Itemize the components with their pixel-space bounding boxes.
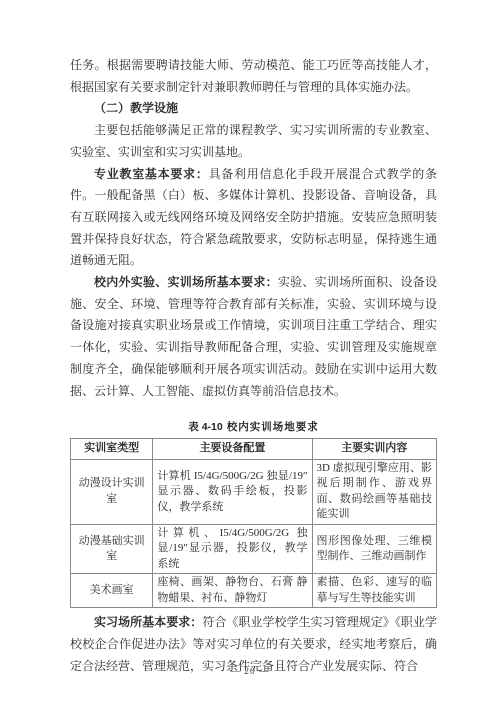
body-paragraph: 校内外实验、实训场所基本要求：实验、实训场所面积、设备设施、安全、环境、管理等符… bbox=[70, 272, 437, 402]
table-row: 动漫基础实训室 计算机、I5/4G/500G/2G 独显/19″显示器，投影仪，… bbox=[71, 524, 437, 574]
document-page: 任务。根据需要聘请技能大师、劳动模范、能工巧匠等高技能人才，根据国家有关要求制定… bbox=[0, 0, 500, 707]
table-header-equipment: 主要设备配置 bbox=[153, 439, 312, 460]
paragraph-text: 主要包括能够满足正常的课程教学、实习实训所需的专业教室、实验室、实训室和实习实训… bbox=[70, 123, 437, 159]
paragraph-lead: 实习场所基本要求： bbox=[94, 615, 202, 629]
room-type-cell: 美术画室 bbox=[71, 574, 153, 608]
table-header-row: 实训室类型 主要设备配置 主要实训内容 bbox=[71, 439, 437, 460]
body-paragraph: 任务。根据需要聘请技能大师、劳动模范、能工巧匠等高技能人才，根据国家有关要求制定… bbox=[70, 55, 437, 98]
body-paragraph: 主要包括能够满足正常的课程教学、实习实训所需的专业教室、实验室、实训室和实习实训… bbox=[70, 120, 437, 163]
equipment-cell: 计算机、I5/4G/500G/2G 独显/19″显示器，投影仪，教学系统 bbox=[153, 524, 312, 574]
training-content-cell: 图形图像处理、三维模型制作、三维动画制作 bbox=[312, 524, 436, 574]
heading-text: （二）教学设施 bbox=[94, 101, 178, 115]
room-type-cell: 动漫设计实训室 bbox=[71, 459, 153, 524]
table-row: 动漫设计实训室 计算机 I5/4G/500G/2G 独显/19″显示器、数码手绘… bbox=[71, 459, 437, 524]
page-content: 任务。根据需要聘请技能大师、劳动模范、能工巧匠等高技能人才，根据国家有关要求制定… bbox=[70, 55, 437, 677]
paragraph-lead: 校内外实验、实训场所基本要求： bbox=[94, 275, 278, 289]
table-header-content: 主要实训内容 bbox=[312, 439, 436, 460]
table-caption-title: 校内实训场地要求 bbox=[227, 422, 319, 433]
training-content-cell: 素描、色彩、速写的临摹与写生等技能实训 bbox=[312, 574, 436, 608]
room-type-cell: 动漫基础实训室 bbox=[71, 524, 153, 574]
page-number: — 20 — bbox=[0, 667, 500, 677]
paragraph-lead: 专业教室基本要求： bbox=[94, 167, 209, 181]
training-content-cell: 3D 虚拟现引擎应用、影视后期制作、游戏界面、数码绘画等基础技能实训 bbox=[312, 459, 436, 524]
paragraph-text: 实验、实训场所面积、设备设施、安全、环境、管理等符合教育部有关标准，实验、实训环… bbox=[70, 275, 437, 398]
paragraph-text: 具备利用信息化手段开展混合式教学的条件。一般配备黑（白）板、多媒体计算机、投影设… bbox=[70, 167, 437, 268]
table-header-room-type: 实训室类型 bbox=[71, 439, 153, 460]
equipment-cell: 计算机 I5/4G/500G/2G 独显/19″显示器、数码手绘板，投影仪，教学… bbox=[153, 459, 312, 524]
table-caption: 表 4-10校内实训场地要求 bbox=[70, 420, 437, 435]
section-heading: （二）教学设施 bbox=[70, 98, 437, 120]
table-caption-number: 表 4-10 bbox=[188, 421, 222, 433]
paragraph-text: 任务。根据需要聘请技能大师、劳动模范、能工巧匠等高技能人才，根据国家有关要求制定… bbox=[70, 58, 437, 94]
table-row: 美术画室 座椅、画架、静物台、石膏 静物蜡果、衬布、静物灯 素描、色彩、速写的临… bbox=[71, 574, 437, 608]
body-paragraph: 专业教室基本要求：具备利用信息化手段开展混合式教学的条件。一般配备黑（白）板、多… bbox=[70, 164, 437, 273]
training-rooms-table: 实训室类型 主要设备配置 主要实训内容 动漫设计实训室 计算机 I5/4G/50… bbox=[70, 438, 437, 608]
equipment-cell: 座椅、画架、静物台、石膏 静物蜡果、衬布、静物灯 bbox=[153, 574, 312, 608]
